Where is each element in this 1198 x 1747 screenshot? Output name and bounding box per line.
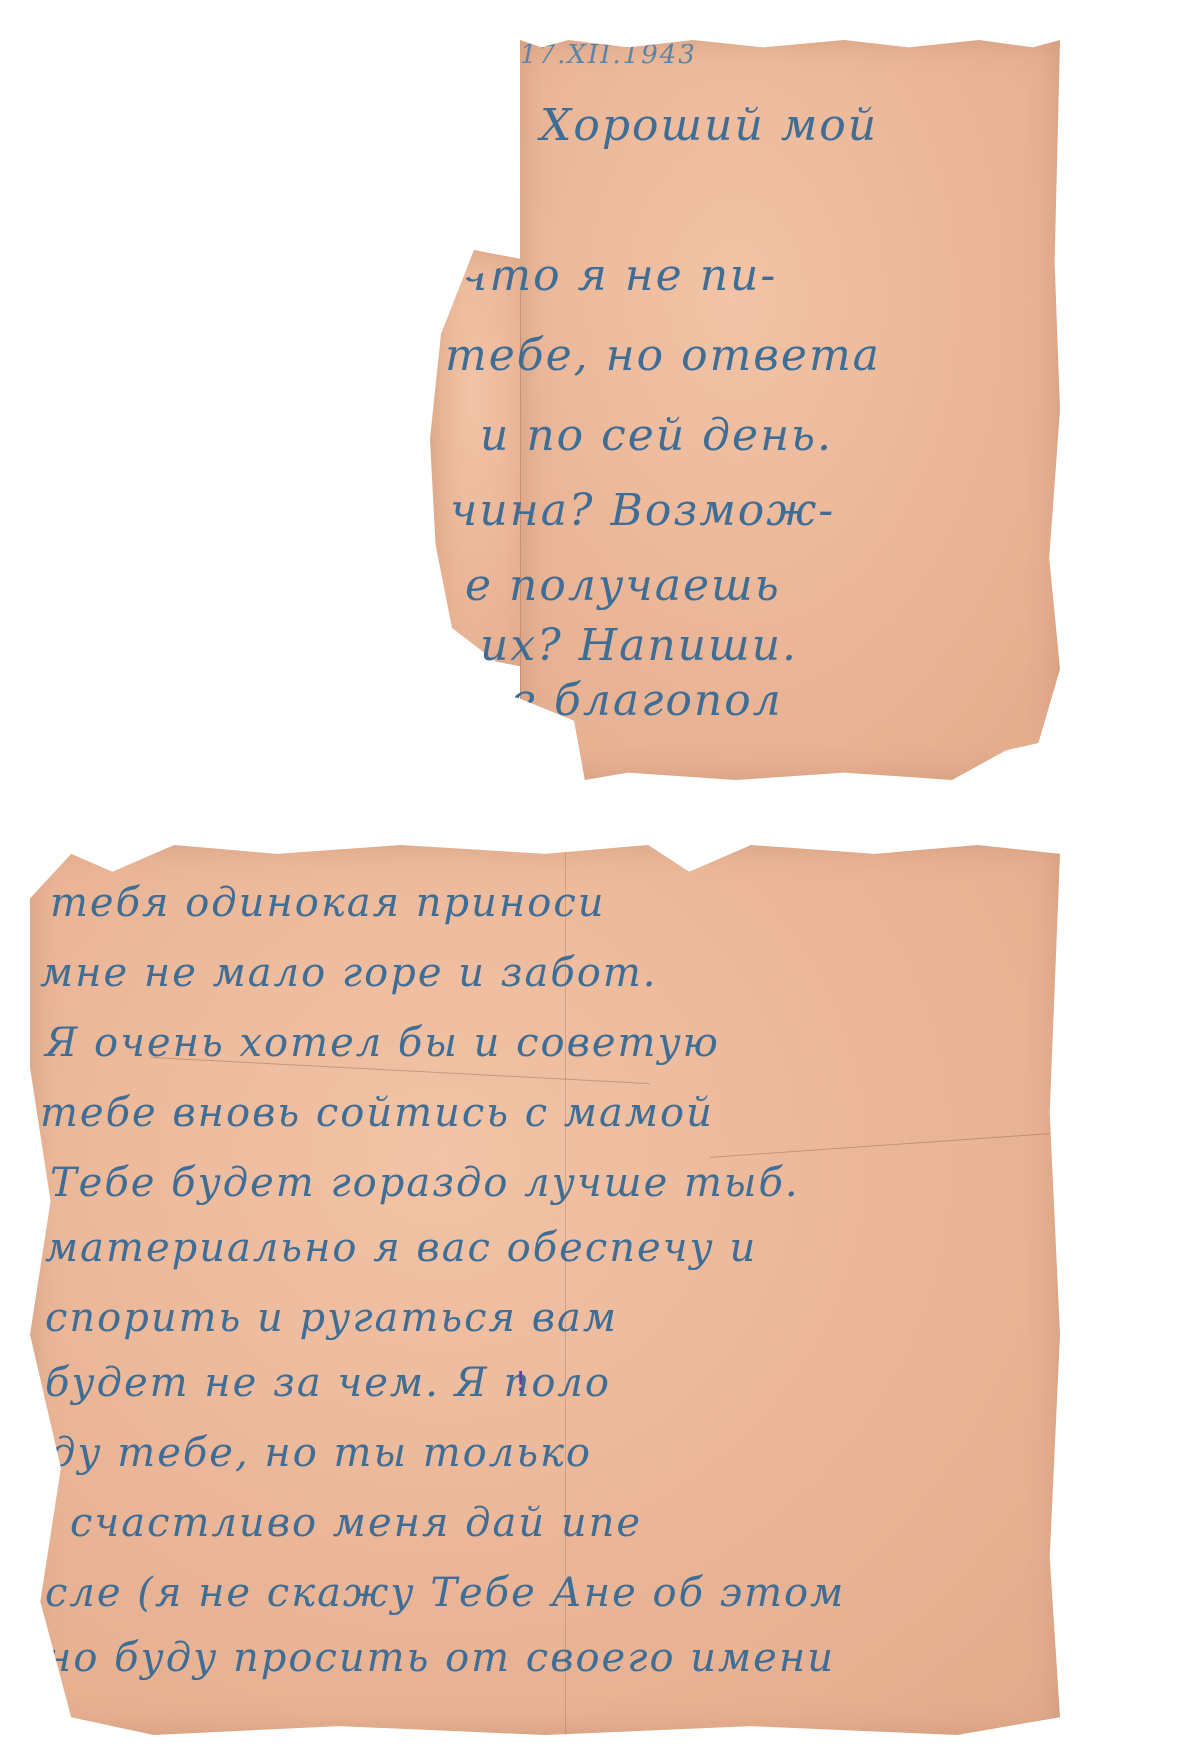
paper-fragment-bottom: тебя одинокая приноси мне не мало горе и… xyxy=(30,845,1060,1735)
letter-line: Я очень хотел бы и советую xyxy=(45,1020,720,1066)
letter-line: счастливо меня дай ипе xyxy=(70,1500,642,1546)
letter-line: но буду просить от своего имени xyxy=(45,1635,835,1681)
letter-line: материально я вас обеспечу и xyxy=(45,1225,757,1271)
letter-line: сле (я не скажу Тебе Ане об этом xyxy=(45,1570,845,1616)
letter-line: е благопол xyxy=(510,675,783,726)
paper-fragment-top: 17.XII.1943 Хороший мой что я не пи- теб… xyxy=(520,40,1060,780)
letter-line: тебе, но ответа xyxy=(445,330,881,381)
violet-ink-mark: ! xyxy=(515,1365,526,1398)
letter-line: их? Напиши. xyxy=(480,620,798,671)
letter-line: Хороший мой xyxy=(540,100,878,151)
fold-crease xyxy=(565,845,566,1735)
letter-line: тебя одинокая приноси xyxy=(50,880,606,926)
letter-line: тебе вновь сойтись с мамой xyxy=(40,1090,714,1136)
letter-line: е получаешь xyxy=(465,560,781,611)
fold-crease xyxy=(520,290,521,730)
letter-line: спорить и ругаться вам xyxy=(45,1295,618,1341)
letter-line: чина? Возмож- xyxy=(450,485,835,536)
letter-line: ду тебе, но ты только xyxy=(50,1430,592,1476)
paper-crack xyxy=(710,1133,1049,1158)
letter-line: и по сей день. xyxy=(480,410,833,461)
letter-date: 17.XII.1943 xyxy=(520,40,697,70)
letter-line: Тебе будет гораздо лучше тыб. xyxy=(50,1160,800,1206)
